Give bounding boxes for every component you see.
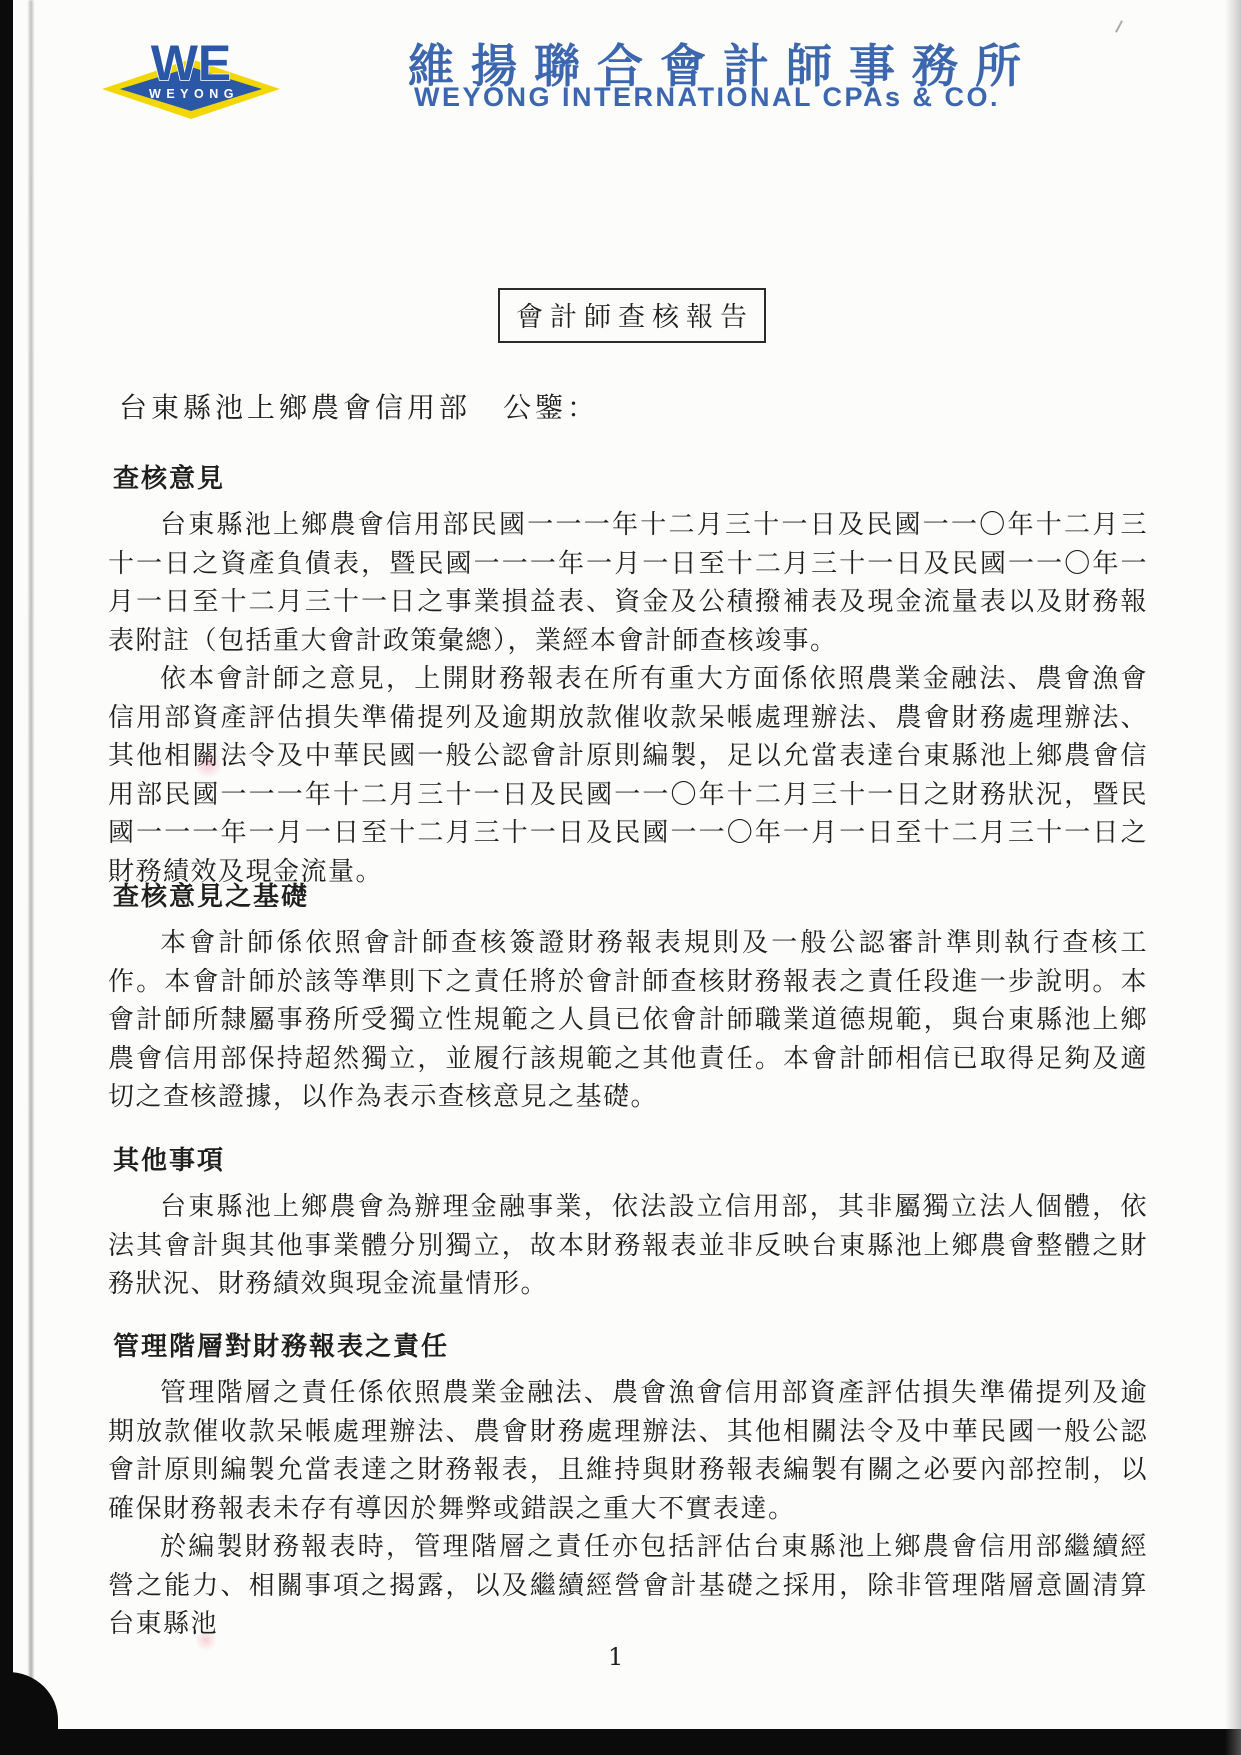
section-basis-for-opinion: 查核意見之基礎 本會計師係依照會計師查核簽證財務報表規則及一般公認審計準則執行查… — [108, 878, 1148, 1117]
scan-fold-line — [29, 0, 33, 1700]
section-other-matters: 其他事項 台東縣池上鄉農會為辦理金融事業，依法設立信用部，其非屬獨立法人個體，依… — [108, 1142, 1148, 1304]
scan-mark-top-right — [1115, 20, 1123, 32]
paragraph: 台東縣池上鄉農會信用部民國一一一年十二月三十一日及民國一一〇年十二月三十一日之資… — [108, 506, 1148, 660]
paragraph: 依本會計師之意見，上開財務報表在所有重大方面係依照農業金融法、農會漁會信用部資產… — [108, 660, 1148, 891]
scan-edge-right — [1225, 0, 1241, 1755]
logo-name: WEYONG — [149, 87, 239, 101]
scan-corner-bottom-left — [0, 1672, 58, 1734]
section-heading: 查核意見之基礎 — [113, 878, 1148, 916]
scan-edge-left — [0, 0, 13, 1755]
report-title: 會計師查核報告 — [498, 288, 766, 343]
page-number: 1 — [608, 1643, 623, 1671]
company-name-english: WEYONG INTERNATIONAL CPAs & CO. — [414, 82, 1000, 113]
section-heading: 查核意見 — [113, 460, 1148, 498]
section-audit-opinion: 查核意見 台東縣池上鄉農會信用部民國一一一年十二月三十一日及民國一一〇年十二月三… — [108, 460, 1148, 891]
logo-letters: WE — [151, 35, 232, 91]
weyong-logo-icon: WE WEYONG — [101, 33, 283, 123]
paragraph: 於編製財務報表時，管理階層之責任亦包括評估台東縣池上鄉農會信用部繼續經營之能力、… — [108, 1528, 1148, 1644]
paragraph: 本會計師係依照會計師查核簽證財務報表規則及一般公認審計準則執行查核工作。本會計師… — [108, 924, 1148, 1117]
section-heading: 其他事項 — [113, 1142, 1148, 1180]
section-management-responsibility: 管理階層對財務報表之責任 管理階層之責任係依照農業金融法、農會漁會信用部資產評估… — [108, 1328, 1148, 1644]
paragraph: 台東縣池上鄉農會為辦理金融事業，依法設立信用部，其非屬獨立法人個體，依法其會計與… — [108, 1188, 1148, 1304]
section-heading: 管理階層對財務報表之責任 — [113, 1328, 1148, 1366]
scan-edge-bottom — [0, 1729, 1241, 1755]
paragraph: 管理階層之責任係依照農業金融法、農會漁會信用部資產評估損失準備提列及逾期放款催收… — [108, 1374, 1148, 1528]
scanned-audit-report-page: WE WEYONG 維揚聯合會計師事務所 WEYONG INTERNATIONA… — [0, 0, 1241, 1755]
addressee-line: 台東縣池上鄉農會信用部 公鑒： — [119, 386, 599, 426]
